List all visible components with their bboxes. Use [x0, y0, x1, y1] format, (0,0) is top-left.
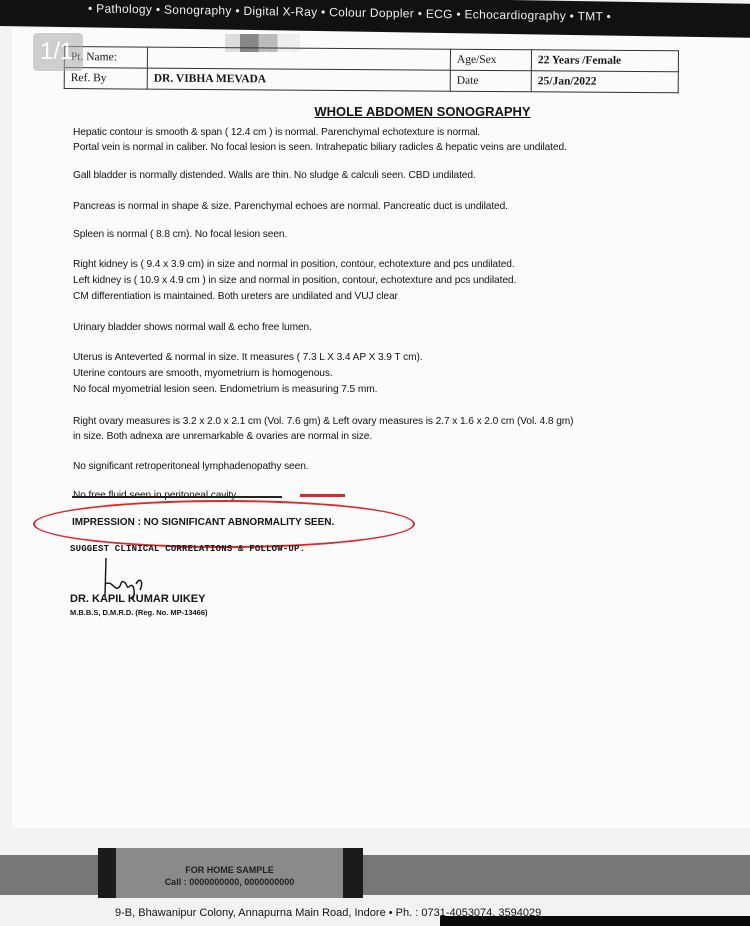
home-sample-box: FOR HOME SAMPLE Call : 0000000000, 00000… [98, 848, 363, 898]
home-sample-title: FOR HOME SAMPLE [116, 864, 343, 876]
age-sex-value: 22 Years /Female [531, 50, 678, 72]
red-circle-annotation [33, 500, 415, 548]
finding-line: Uterine contours are smooth, myometrium … [73, 366, 333, 382]
finding-line: Portal vein is normal in caliber. No foc… [73, 140, 567, 156]
doctor-qualification: M.B.B.S, D.M.R.D. (Reg. No. MP-13466) [70, 608, 208, 617]
finding-line: Uterus is Anteverted & normal in size. I… [73, 350, 422, 366]
red-pen-stroke [300, 494, 345, 497]
finding-line: Hepatic contour is smooth & span ( 12.4 … [73, 125, 480, 141]
doctor-name: DR. KAPIL KUMAR UIKEY [70, 593, 205, 605]
footer-shadow [440, 916, 750, 926]
clinical-suggestion: SUGGEST CLINICAL CORRELATIONS & FOLLOW-U… [70, 544, 305, 554]
ref-value: DR. VIBHA MEVADA [147, 68, 450, 91]
home-sample-phone: Call : 0000000000, 0000000000 [116, 876, 343, 888]
finding-line: Spleen is normal ( 8.8 cm). No focal les… [73, 227, 287, 243]
finding-line: No significant retroperitoneal lymphaden… [73, 459, 309, 475]
finding-line: Gall bladder is normally distended. Wall… [73, 168, 476, 184]
finding-line: Right kidney is ( 9.4 x 3.9 cm) in size … [73, 257, 515, 273]
date-value: 25/Jan/2022 [531, 71, 678, 93]
age-sex-label: Age/Sex [450, 49, 531, 71]
name-value [147, 47, 450, 70]
finding-line: Left kidney is ( 10.9 x 4.9 cm ) in size… [73, 273, 516, 289]
finding-line: Pancreas is normal in shape & size. Pare… [73, 199, 508, 215]
report-title: WHOLE ABDOMEN SONOGRAPHY [0, 104, 750, 119]
finding-line: in size. Both adnexa are unremarkable & … [73, 429, 372, 445]
page-indicator: 1/1 [33, 33, 83, 71]
finding-line: CM differentiation is maintained. Both u… [73, 289, 398, 305]
date-label: Date [450, 70, 531, 92]
strikethrough-line [72, 496, 282, 498]
services-list: • Pathology • Sonography • Digital X-Ray… [88, 1, 611, 23]
patient-info-table: Pt. Name: Age/Sex 22 Years /Female Ref. … [64, 46, 679, 93]
finding-line: Urinary bladder shows normal wall & echo… [73, 320, 312, 336]
finding-line: No focal myometrial lesion seen. Endomet… [73, 382, 377, 398]
finding-line: Right ovary measures is 3.2 x 2.0 x 2.1 … [73, 414, 573, 430]
